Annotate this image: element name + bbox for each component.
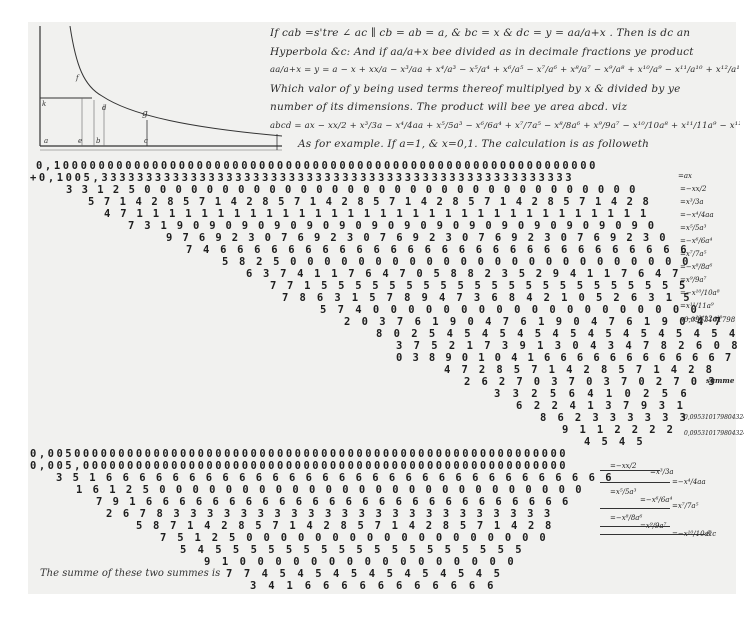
table-row: 3 4 1 6 6 6 6 6 6 6 6 6 6 6 (250, 580, 496, 592)
term-label: &c (706, 530, 716, 538)
term-label: =x⁵/5a³ (610, 488, 636, 496)
sum-rule (600, 470, 660, 471)
table-row: 5 8 7 1 4 2 8 5 7 1 4 2 8 5 7 1 4 2 8 5 … (136, 520, 554, 532)
table-row: 9 1 0 0 0 0 0 0 0 0 0 0 0 0 0 0 0 0 (204, 556, 516, 568)
term-label: =x⁷/7a⁵ (672, 502, 698, 510)
term-label: =−x⁶/6a⁴ (640, 496, 672, 504)
sum-rule (600, 526, 670, 527)
table-row: 1 6 1 2 5 0 0 0 0 0 0 0 0 0 0 0 0 0 0 0 … (76, 484, 584, 496)
table-row: 5 4 5 5 5 5 5 5 5 5 5 5 5 5 5 5 5 5 5 5 (180, 544, 524, 556)
term-label: =−xx/2 (610, 462, 636, 470)
sum-rule (600, 534, 705, 535)
term-label: =−x⁴/4aa (672, 478, 706, 486)
table-row: 7 9 1 6 6 6 6 6 6 6 6 6 6 6 6 6 6 6 6 6 … (96, 496, 570, 508)
sum-rule (600, 482, 670, 483)
table-row: 7 5 1 2 5 0 0 0 0 0 0 0 0 0 0 0 0 0 0 0 … (160, 532, 548, 544)
table-row: 7 7 4 5 4 5 4 5 4 5 4 5 4 5 4 5 (226, 568, 503, 580)
term-label: =−x⁸/8a⁶ (610, 514, 642, 522)
table-row: 0,005,0000000000000000000000000000000000… (30, 460, 568, 472)
table-row: 0,00500000000000000000000000000000000000… (30, 448, 568, 460)
table-row: 3 5 1 6 6 6 6 6 6 6 6 6 6 6 6 6 6 6 6 6 … (56, 472, 614, 484)
sum-rule (600, 508, 670, 509)
footer-note: The summe of these two summes is (40, 568, 220, 579)
table-row: 2 6 7 8 3 3 3 3 3 3 3 3 3 3 3 3 3 3 3 3 … (106, 508, 552, 520)
